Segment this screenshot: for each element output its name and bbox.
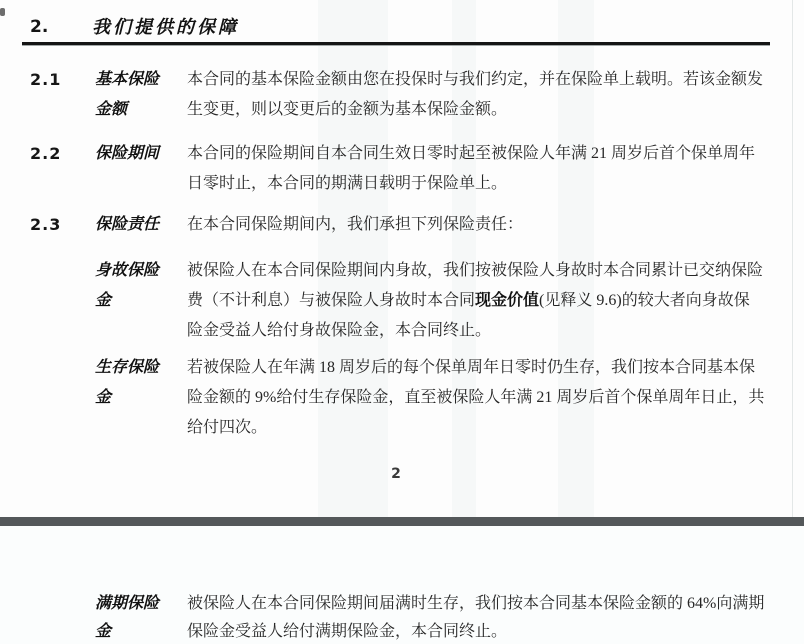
clause-body: 若被保险人在年满 18 周岁后的每个保单周年日零时仍生存，我们按本合同基本保险金… xyxy=(187,353,777,443)
clause-text-line: 在本合同保险期间内，我们承担下列保险责任： xyxy=(187,210,777,240)
clause-text: 日零时止，本合同的期满日载明于保险单上。 xyxy=(187,175,507,192)
clause-text-line: 被保险人在本合同保险期间届满时生存，我们按本合同基本保险金额的 64%向满期 xyxy=(187,590,777,618)
page-number: 2 xyxy=(0,466,792,482)
section-heading-title: 我们提供的保障 xyxy=(92,14,239,40)
clause-label: 满期保险金 xyxy=(95,590,187,644)
clause-text-line: 费（不计利息）与被保险人身故时本合同现金价值(见释义 9.6)的较大者向身故保 xyxy=(187,286,777,316)
clause-text-line: 险金额的 9%给付生存保险金，直至被保险人年满 21 周岁后首个保单周年日止，共 xyxy=(187,383,777,413)
clause-text: 本合同的保险期间自本合同生效日零时起至被保险人年满 21 周岁后首个保单周年 xyxy=(187,145,755,162)
clause-label: 生存保险金 xyxy=(95,353,187,413)
clause-text: (见释义 9.6)的较大者向身故保 xyxy=(539,292,750,309)
clause-text: 给付四次。 xyxy=(187,419,267,436)
clause-label-line: 金额 xyxy=(95,95,187,125)
clause-body: 本合同的保险期间自本合同生效日零时起至被保险人年满 21 周岁后首个保单周年日零… xyxy=(187,139,777,199)
clause-text: 保险金受益人给付满期保险金，本合同终止。 xyxy=(187,623,507,640)
clause-text: 险金受益人给付身故保险金，本合同终止。 xyxy=(187,322,491,339)
clause-body: 被保险人在本合同保险期间届满时生存，我们按本合同基本保险金额的 64%向满期保险… xyxy=(187,590,777,644)
clause-text-line: 给付四次。 xyxy=(187,413,777,443)
clause-text: 本合同的基本保险金额由您在投保时与我们约定，并在保险单上载明。若该金额发 xyxy=(187,71,763,88)
clause-label-line: 金 xyxy=(95,286,187,316)
clause-text: 被保险人在本合同保险期间内身故，我们按被保险人身故时本合同累计已交纳保险 xyxy=(187,262,763,279)
clause-label-line: 生存保险 xyxy=(95,353,187,383)
clause-text-line: 被保险人在本合同保险期间内身故，我们按被保险人身故时本合同累计已交纳保险 xyxy=(187,256,777,286)
clause-text-line: 生变更，则以变更后的金额为基本保险金额。 xyxy=(187,95,777,125)
clause-text: 生变更，则以变更后的金额为基本保险金额。 xyxy=(187,101,507,118)
clause-body: 被保险人在本合同保险期间内身故，我们按被保险人身故时本合同累计已交纳保险费（不计… xyxy=(187,256,777,346)
clause-label: 身故保险金 xyxy=(95,256,187,316)
clause-label-line: 保险期间 xyxy=(95,139,187,169)
section-heading: 2. 我们提供的保障 xyxy=(0,14,804,40)
clause-label: 保险期间 xyxy=(95,139,187,169)
clause-text-line: 日零时止，本合同的期满日载明于保险单上。 xyxy=(187,169,777,199)
clause-text-line: 本合同的基本保险金额由您在投保时与我们约定，并在保险单上载明。若该金额发 xyxy=(187,65,777,95)
clause-number: 2.3 xyxy=(30,210,61,240)
clause-body: 在本合同保险期间内，我们承担下列保险责任： xyxy=(187,210,777,240)
clause-text: 险金额的 9%给付生存保险金，直至被保险人年满 21 周岁后首个保单周年日止，共 xyxy=(187,389,764,406)
clause-label: 基本保险金额 xyxy=(95,65,187,125)
emphasized-term: 现金价值 xyxy=(475,292,539,309)
clause-label-line: 金 xyxy=(95,618,187,644)
clause-number: 2.1 xyxy=(30,65,61,95)
clause-text: 费（不计利息）与被保险人身故时本合同 xyxy=(187,292,475,309)
clause-label-line: 基本保险 xyxy=(95,65,187,95)
clause-text-line: 本合同的保险期间自本合同生效日零时起至被保险人年满 21 周岁后首个保单周年 xyxy=(187,139,777,169)
clause-label-line: 金 xyxy=(95,383,187,413)
clause-text-line: 险金受益人给付身故保险金，本合同终止。 xyxy=(187,316,777,346)
clause-label-line: 身故保险 xyxy=(95,256,187,286)
clause-text: 被保险人在本合同保险期间届满时生存，我们按本合同基本保险金额的 64%向满期 xyxy=(187,595,764,612)
heading-rule xyxy=(22,42,770,46)
clause-label-line: 保险责任 xyxy=(95,210,187,240)
section-heading-number: 2. xyxy=(30,14,48,40)
clause-text-line: 若被保险人在年满 18 周岁后的每个保单周年日零时仍生存，我们按本合同基本保 xyxy=(187,353,777,383)
clause-text-line: 保险金受益人给付满期保险金，本合同终止。 xyxy=(187,618,777,644)
clause-label: 保险责任 xyxy=(95,210,187,240)
clause-number: 2.2 xyxy=(30,139,61,169)
contract-page: 2. 我们提供的保障 2.1基本保险金额本合同的基本保险金额由您在投保时与我们约… xyxy=(0,0,804,644)
clause-text: 在本合同保险期间内，我们承担下列保险责任： xyxy=(187,216,523,233)
page-break-divider xyxy=(0,517,804,526)
clause-text: 若被保险人在年满 18 周岁后的每个保单周年日零时仍生存，我们按本合同基本保 xyxy=(187,359,755,376)
clause-body: 本合同的基本保险金额由您在投保时与我们约定，并在保险单上载明。若该金额发生变更，… xyxy=(187,65,777,125)
clause-label-line: 满期保险 xyxy=(95,590,187,618)
